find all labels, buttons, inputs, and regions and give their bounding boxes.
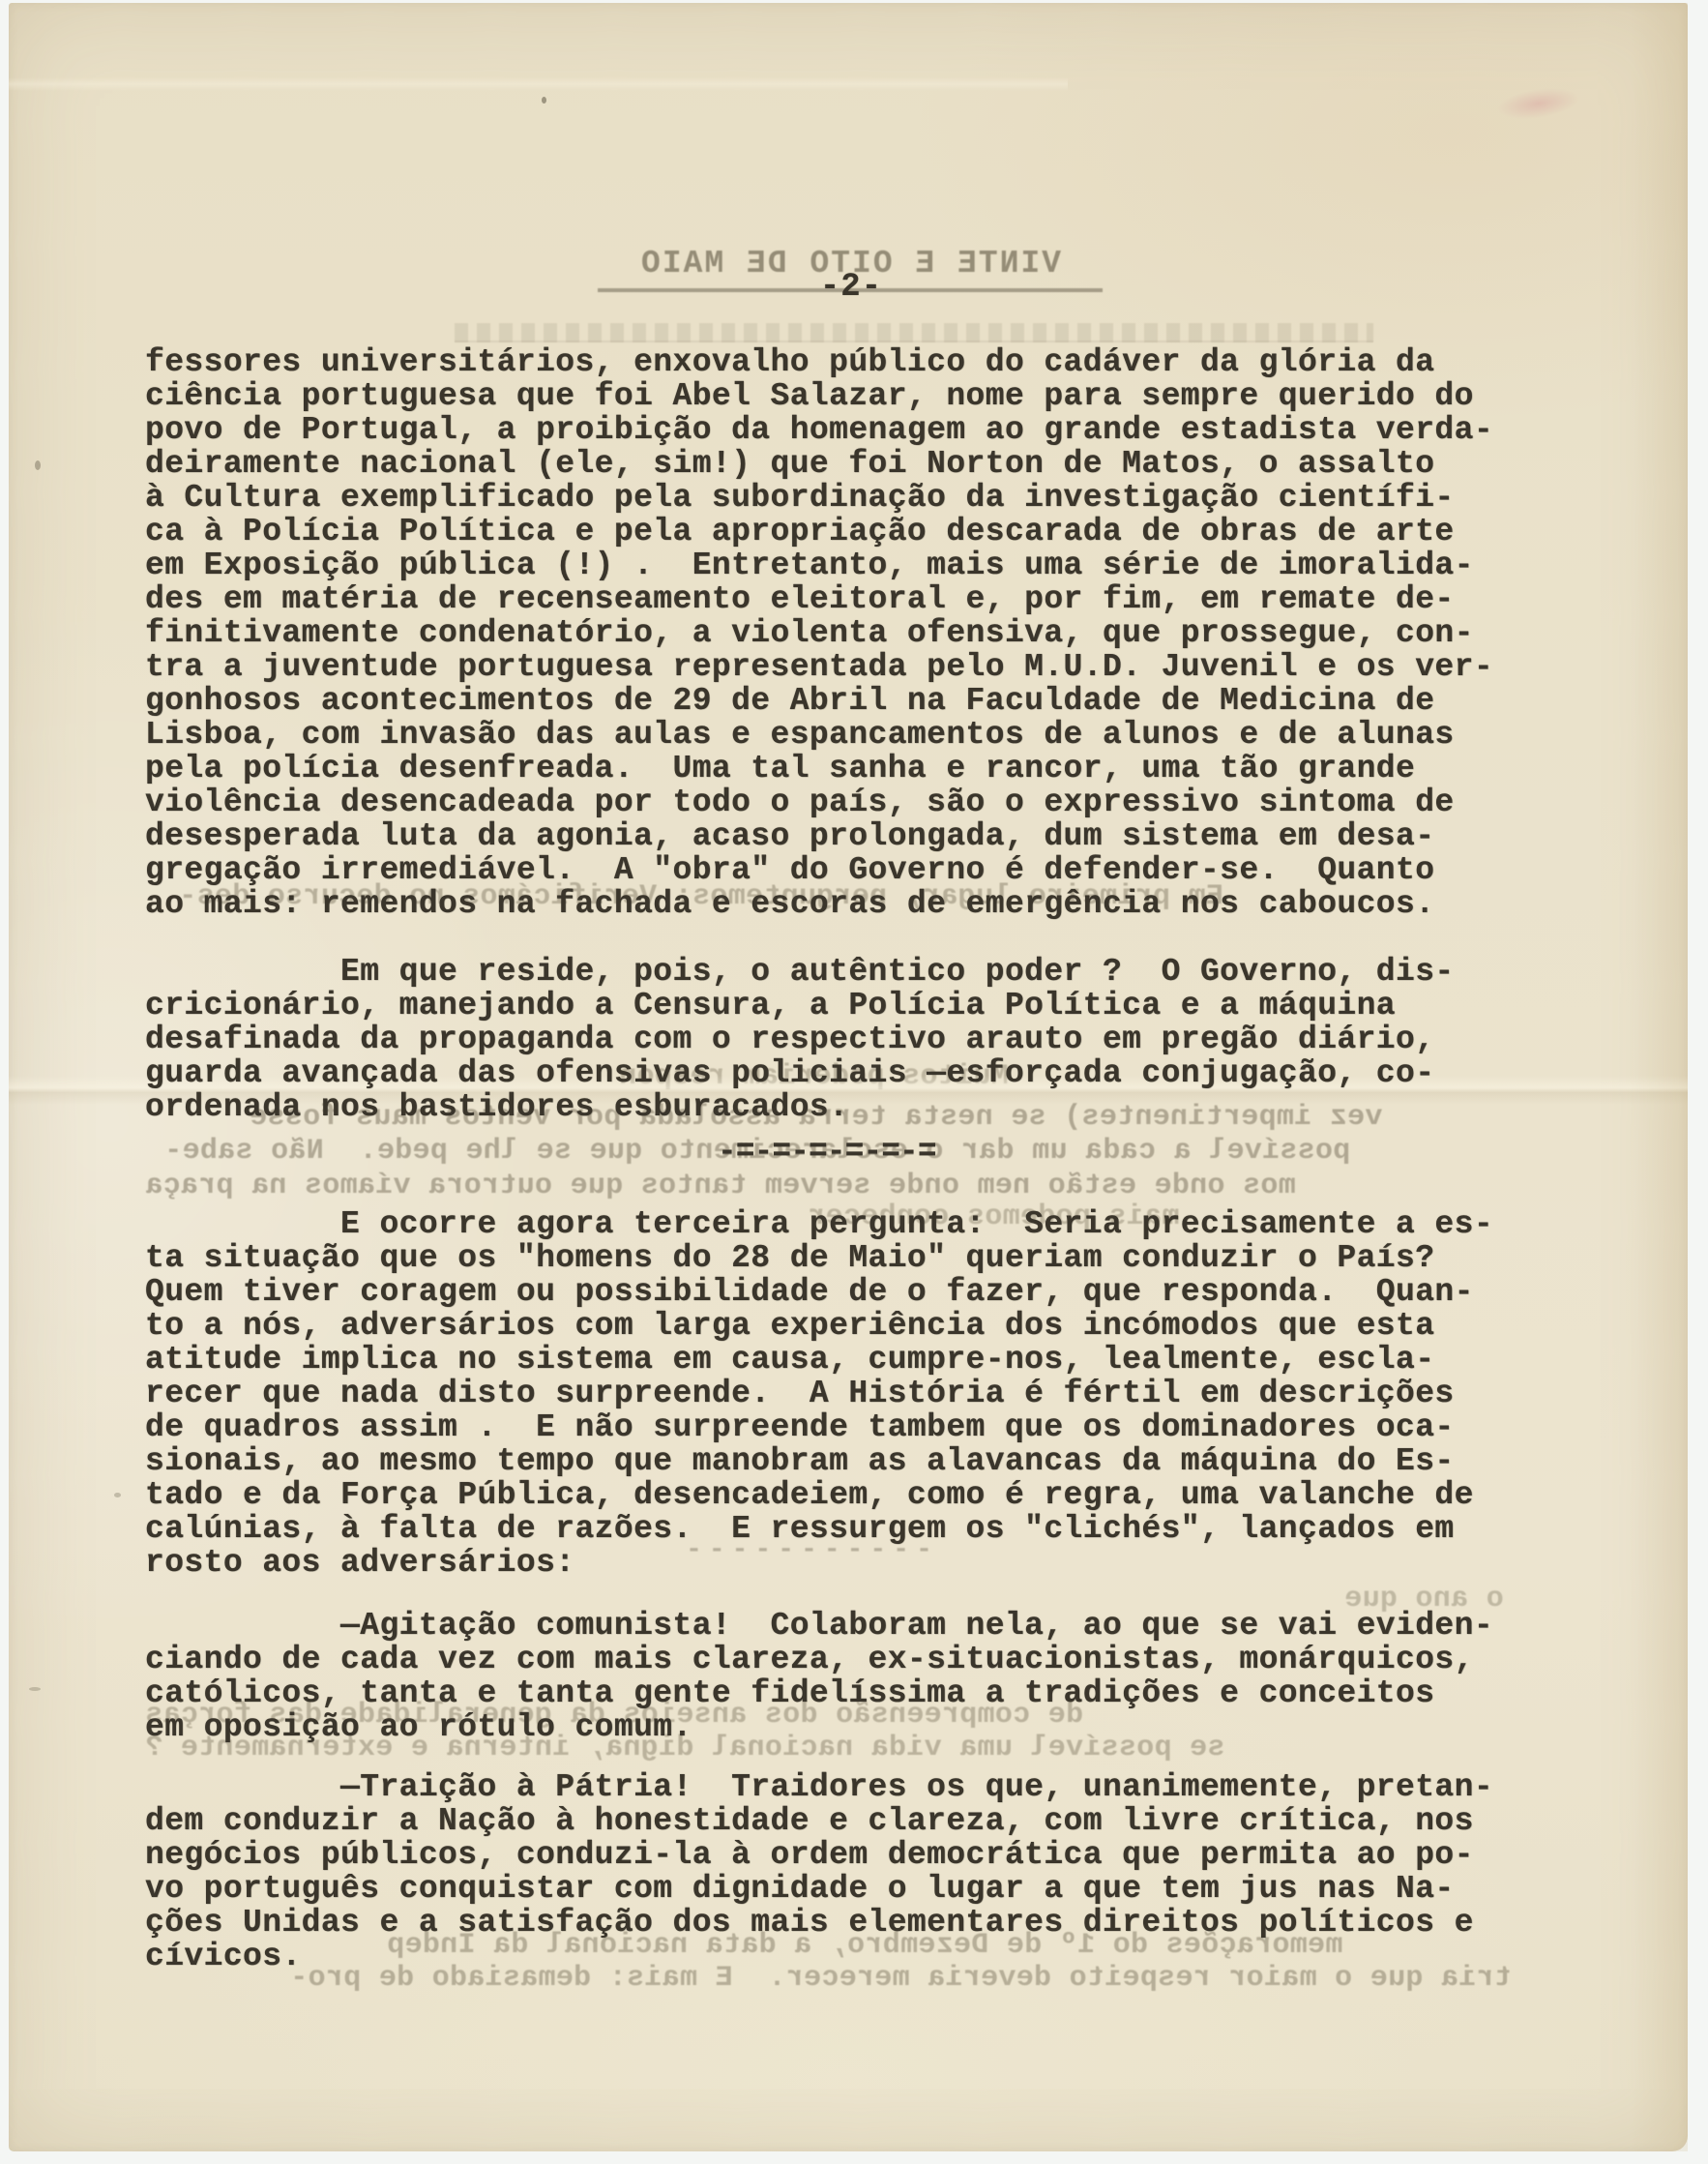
text-line: de quadros assim . E não surpreende tamb…: [145, 1410, 1493, 1444]
text-line: violência desencadeada por todo o país, …: [145, 786, 1493, 819]
scanned-document-page: VINTE E OITO DE MAIO Em primeiro lugar, …: [0, 0, 1708, 2164]
text-line: desafinada da propaganda com o respectiv…: [145, 1023, 1455, 1056]
paragraph: E ocorre agora terceira pergunta: Seria …: [145, 1207, 1493, 1580]
text-line: ca à Polícia Política e pela apropriação…: [145, 515, 1493, 548]
text-line: à Cultura exemplificado pela subordinaçã…: [145, 481, 1493, 515]
text-line: fessores universitários, enxovalho públi…: [145, 345, 1493, 379]
text-line: rosto aos adversários:: [145, 1546, 1493, 1580]
text-line: calúnias, à falta de razões. E ressurgem…: [145, 1512, 1493, 1546]
section-separator: -=-=-=-=-=-=: [718, 1134, 936, 1170]
paragraph: —Traição à Pátria! Traidores os que, una…: [145, 1770, 1493, 1973]
text-line: ciência portuguesa que foi Abel Salazar,…: [145, 379, 1493, 413]
text-line: católicos, tanta e tanta gente fidelíssi…: [145, 1676, 1493, 1710]
text-line: em Exposição pública (!) . Entretanto, m…: [145, 548, 1493, 582]
text-line: guarda avançada das ofensivas policiais …: [145, 1056, 1455, 1090]
paragraph: —Agitação comunista! Colaboram nela, ao …: [145, 1609, 1493, 1744]
text-line: Lisboa, com invasão das aulas e espancam…: [145, 718, 1493, 752]
text-line: deiramente nacional (ele, sim!) que foi …: [145, 447, 1493, 481]
scan-viewport: { "page_number": "-2-", "ink_color": "#3…: [0, 0, 1708, 2164]
text-line: pela polícia desenfreada. Uma tal sanha …: [145, 752, 1493, 786]
text-line: cívicos.: [145, 1940, 1493, 1973]
text-line: tra a juventude portuguesa representada …: [145, 650, 1493, 684]
text-line: sionais, ao mesmo tempo que manobram as …: [145, 1444, 1493, 1478]
text-line: ciando de cada vez com mais clareza, ex-…: [145, 1643, 1493, 1676]
text-line: recer que nada disto surpreende. A Histó…: [145, 1377, 1493, 1410]
text-line: negócios públicos, conduzi-la à ordem de…: [145, 1838, 1493, 1872]
text-line: —Agitação comunista! Colaboram nela, ao …: [145, 1609, 1493, 1643]
text-line: Em que reside, pois, o autêntico poder ?…: [145, 955, 1455, 989]
text-line: gregação irremediável. A "obra" do Gover…: [145, 853, 1493, 887]
text-line: gonhosos acontecimentos de 29 de Abril n…: [145, 684, 1493, 718]
text-line: ções Unidas e a satisfação dos mais elem…: [145, 1906, 1493, 1940]
text-line: vo português conquistar com dignidade o …: [145, 1872, 1493, 1906]
text-line: —Traição à Pátria! Traidores os que, una…: [145, 1770, 1493, 1804]
typewritten-text-layer: -2- fessores universitários, enxovalho p…: [0, 0, 1708, 2164]
text-line: atitude implica no sistema em causa, cum…: [145, 1343, 1493, 1377]
page-number: -2-: [793, 269, 909, 306]
text-line: to a nós, adversários com larga experiên…: [145, 1309, 1493, 1343]
text-line: Quem tiver coragem ou possibilidade de o…: [145, 1275, 1493, 1309]
text-line: E ocorre agora terceira pergunta: Seria …: [145, 1207, 1493, 1241]
text-line: em oposição ao rótulo comum.: [145, 1710, 1493, 1744]
text-line: cricionário, manejando a Censura, a Polí…: [145, 989, 1455, 1023]
text-line: desesperada luta da agonia, acaso prolon…: [145, 819, 1493, 853]
text-line: ao mais: remendos na fachada e escoras d…: [145, 887, 1493, 921]
text-line: dem conduzir a Nação à honestidade e cla…: [145, 1804, 1493, 1838]
text-line: ordenada nos bastidores esburacados.: [145, 1090, 1455, 1124]
text-line: finitivamente condenatório, a violenta o…: [145, 616, 1493, 650]
text-line: tado e da Força Pública, desencadeiem, c…: [145, 1478, 1493, 1512]
paragraph: fessores universitários, enxovalho públi…: [145, 345, 1493, 921]
text-line: ta situação que os "homens do 28 de Maio…: [145, 1241, 1493, 1275]
text-line: povo de Portugal, a proibição da homenag…: [145, 413, 1493, 447]
paragraph: Em que reside, pois, o autêntico poder ?…: [145, 955, 1455, 1124]
text-line: des em matéria de recenseamento eleitora…: [145, 582, 1493, 616]
